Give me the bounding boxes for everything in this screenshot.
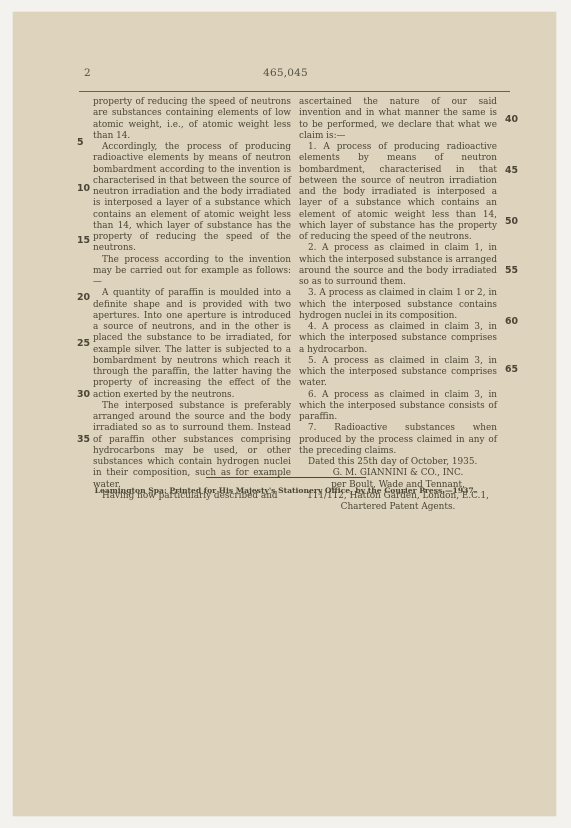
- line-number: 45: [505, 165, 518, 176]
- paragraph: ascertained the nature of our said inven…: [299, 97, 497, 142]
- patent-number: 465,045: [0, 67, 571, 79]
- paragraph: The process according to the invention m…: [93, 255, 291, 289]
- paragraph: property of reducing the speed of neutro…: [93, 97, 291, 142]
- paragraph: Accordingly, the process of producing ra…: [93, 142, 291, 255]
- claim-6: 6. A process as claimed in claim 3, in w…: [299, 390, 497, 424]
- claim-3: 3. A process as claimed in claim 1 or 2,…: [299, 288, 497, 322]
- line-number: 20: [77, 292, 90, 303]
- footer-rule: [206, 477, 366, 478]
- line-number: 30: [77, 389, 90, 400]
- line-number: 15: [77, 235, 90, 246]
- line-number: 55: [505, 265, 518, 276]
- claim-5: 5. A process as claimed in claim 3, in w…: [299, 356, 497, 390]
- paragraph: A quantity of paraffin is moulded into a…: [93, 288, 291, 401]
- line-number: 65: [505, 364, 518, 375]
- line-number: 50: [505, 216, 518, 227]
- line-number: 5: [77, 137, 84, 148]
- line-number: 25: [77, 338, 90, 349]
- left-column: property of reducing the speed of neutro…: [93, 97, 291, 502]
- header-rule: [79, 91, 510, 92]
- line-number: 60: [505, 316, 518, 327]
- line-number: 40: [505, 114, 518, 125]
- claim-4: 4. A process as claimed in claim 3, in w…: [299, 322, 497, 356]
- agent-title: Chartered Patent Agents.: [299, 502, 497, 513]
- dated-line: Dated this 25th day of October, 1935.: [299, 457, 497, 468]
- printer-imprint: Leamington Spa: Printed for His Majesty'…: [0, 486, 571, 495]
- right-column: ascertained the nature of our said inven…: [299, 97, 497, 513]
- claim-7: 7. Radioactive substances when produced …: [299, 423, 497, 457]
- claim-1: 1. A process of producing radioactive el…: [299, 142, 497, 243]
- claim-2: 2. A process as claimed in claim 1, in w…: [299, 243, 497, 288]
- line-number: 35: [77, 434, 90, 445]
- line-number: 10: [77, 183, 90, 194]
